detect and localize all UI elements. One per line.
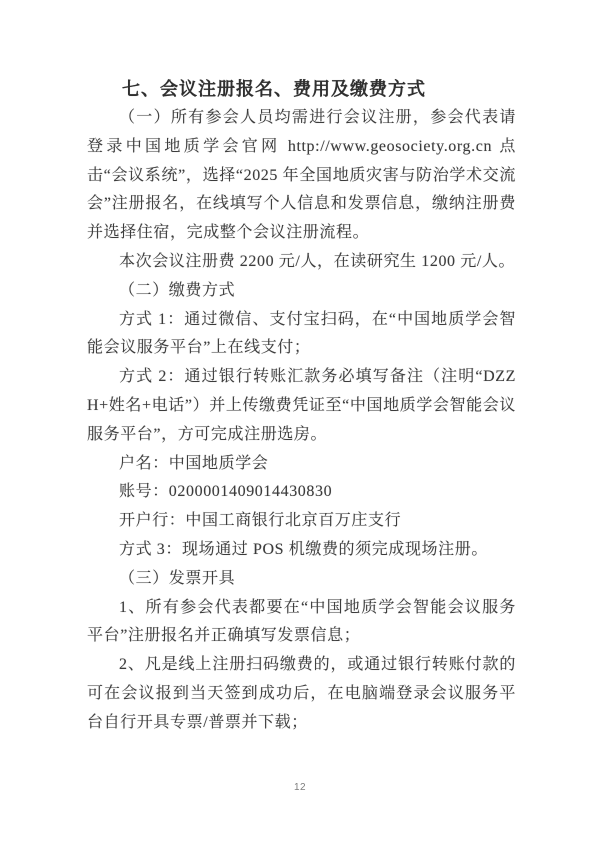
para-bank-branch: 开户行：中国工商银行北京百万庄支行 <box>87 507 516 536</box>
para-account-number: 账号：0200001409014430830 <box>87 478 516 507</box>
para-registration-fee: 本次会议注册费 2200 元/人，在读研究生 1200 元/人。 <box>87 248 516 277</box>
para-payment-method-1: 方式 1：通过微信、支付宝扫码，在“中国地质学会智能会议服务平台”上在线支付； <box>87 306 516 364</box>
document-page: 七、会议注册报名、费用及缴费方式 （一）所有参会人员均需进行会议注册，参会代表请… <box>0 0 600 848</box>
page-number: 12 <box>0 782 600 793</box>
subheading-payment-methods: （二）缴费方式 <box>87 277 516 306</box>
para-invoice-1: 1、所有参会代表都要在“中国地质学会智能会议服务平台”注册报名并正确填写发票信息… <box>87 594 516 652</box>
para-account-name: 户名：中国地质学会 <box>87 450 516 479</box>
para-registration-intro: （一）所有参会人员均需进行会议注册，参会代表请登录中国地质学会官网 http:/… <box>87 104 516 248</box>
document-content: 七、会议注册报名、费用及缴费方式 （一）所有参会人员均需进行会议注册，参会代表请… <box>87 74 516 738</box>
para-invoice-2: 2、凡是线上注册扫码缴费的，或通过银行转账付款的可在会议报到当天签到成功后，在电… <box>87 651 516 737</box>
para-payment-method-3: 方式 3：现场通过 POS 机缴费的须完成现场注册。 <box>87 536 516 565</box>
section-heading: 七、会议注册报名、费用及缴费方式 <box>87 74 516 104</box>
para-payment-method-2: 方式 2：通过银行转账汇款务必填写备注（注明“DZZH+姓名+电话”）并上传缴费… <box>87 363 516 449</box>
subheading-invoice: （三）发票开具 <box>87 565 516 594</box>
